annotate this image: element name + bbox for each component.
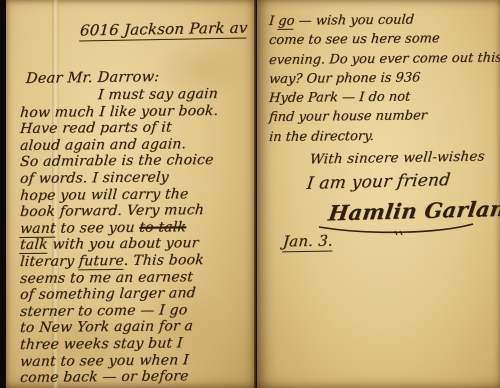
letter-text-segment: way? Our phone is 936 [268,70,420,87]
letter-text-segment: — wish you could [294,12,415,28]
letter-line: literary future. This book [19,252,252,271]
letter-line: of something larger and [19,285,252,304]
letter-page-right: I go — wish you couldcome to see us here… [257,0,500,388]
letter-closing-friend: I am your friend [306,170,452,194]
letter-body-right: I go — wish you couldcome to see us here… [269,12,498,147]
letter-text-segment: hope you will carry the [19,186,189,204]
letter-line: come back — or before [19,368,252,387]
letter-text-segment: want to see you when I [19,352,189,370]
letter-line: book forward. Very much [19,202,252,221]
letter-line: way? Our phone is 936 [268,67,499,89]
letter-text-segment: to see you [55,220,140,237]
letter-text-segment: seems to me an earnest [19,269,193,287]
letter-text-segment: So admirable is the choice [19,152,214,170]
letter-text-segment: with you about your [47,235,199,253]
letter-text-segment: Have read parts of it [19,120,172,138]
letter-text-segment: evening. Do you ever come out this [268,50,500,67]
letter-text-segment: in the directory. [268,129,374,145]
letter-text-segment: of something larger and [19,285,196,303]
letter-address: 6016 Jackson Park av [79,19,248,42]
letter-text-segment: to talk [139,219,187,235]
letter-line: three weeks stay but I [19,334,252,353]
letter-text-segment: how much I like your book. [19,103,218,121]
letter-text-segment: go [278,14,295,30]
letter-text-segment: Hyde Park — I do not [268,90,410,106]
letter-line: in the directory. [268,125,499,147]
letter-scan: 6016 Jackson Park av Dear Mr. Darrow: I … [0,0,500,388]
letter-line: I must say again [19,86,252,105]
letter-line: evening. Do you ever come out this [268,48,499,70]
letter-date: Jan. 3. [282,232,333,253]
letter-text-segment: come to see us here some [268,32,440,49]
letter-text-segment: find your house number [268,109,427,126]
letter-page-left: 6016 Jackson Park av Dear Mr. Darrow: I … [6,0,256,388]
letter-line: come to see us here some [268,29,499,51]
letter-text-segment: I must say again [97,86,218,103]
letter-text-segment: literary [19,253,79,270]
letter-closing-wellwishes: With sincere well-wishes [309,148,485,167]
letter-line: of words. I sincerely [19,169,252,188]
letter-text-segment: to New York again for a [19,319,193,337]
letter-text-segment: talk [19,237,48,254]
letter-text-segment: . This book [123,252,204,269]
letter-text-segment: three weeks stay but I [19,335,183,353]
letter-text-segment: of words. I sincerely [19,169,169,187]
letter-text-segment: aloud again and again. [19,136,186,154]
signature-flourish-icon [317,222,477,236]
letter-line: find your house number [268,106,499,128]
letter-body-left: I must say againhow much I like your boo… [20,88,252,387]
letter-text-segment: future [78,253,124,270]
letter-text-segment: sterner to come — I go [19,302,188,320]
letter-text-segment: book forward. Very much [19,202,204,220]
letter-text-segment: want [19,220,56,237]
signature: Hamlin Garland [327,196,500,226]
letter-line: Have read parts of it [19,119,252,138]
letter-text-segment: come back — or before [19,368,189,386]
letter-salutation: Dear Mr. Darrow: [25,69,159,87]
